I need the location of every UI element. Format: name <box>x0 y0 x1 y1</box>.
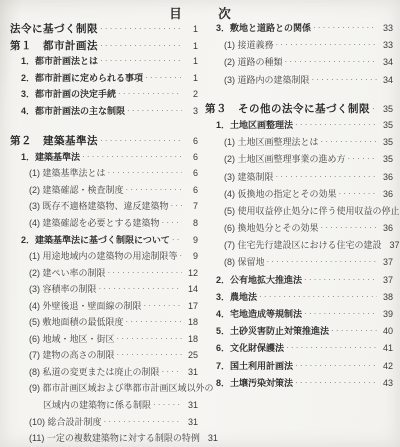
toc-entry-label: 3．敷地と道路との関係 <box>205 21 311 34</box>
toc-entry: (5) 敷地面積の最低限度18 <box>10 315 198 332</box>
dot-leader <box>321 137 377 146</box>
toc-page: 目 次 法令に基づく制限1第１ 都市計画法11．都市計画法とは12．都市計画に定… <box>0 0 400 447</box>
toc-entry-label: (6) 地域・地区・街区 <box>10 332 115 345</box>
toc-entry: (11) 一定の複数建築物に対する制限の特例31 <box>10 431 198 447</box>
dot-leader <box>100 136 182 145</box>
toc-page-number: 31 <box>184 417 198 427</box>
toc-entry: (4) 外壁後退・壁面線の制限17 <box>10 299 198 316</box>
toc-entry: (7) 住宅先行建設区における住宅の建設37 <box>205 238 393 255</box>
toc-entry: (8) 保留地37 <box>205 255 393 272</box>
dot-leader <box>339 189 377 198</box>
page-title: 目 次 <box>0 4 400 22</box>
toc-entry-label: (8) 私道の変更または廃止の制限 <box>10 365 160 378</box>
toc-entry-label: (3) 建築制限 <box>205 170 274 183</box>
dot-leader <box>304 275 377 284</box>
toc-entry: 1．建築基準法6 <box>10 150 198 167</box>
toc-page-number: 18 <box>184 317 198 327</box>
dot-leader <box>153 400 182 409</box>
toc-entry-label: (4) 建築確認を必要とする建築物 <box>10 216 160 229</box>
toc-page-number: 31 <box>184 367 198 377</box>
toc-page-number: 38 <box>379 292 393 302</box>
dot-leader <box>372 104 377 113</box>
dot-leader <box>162 367 182 376</box>
toc-entry-label: (1) 接道義務 <box>205 38 274 51</box>
toc-page-number: 36 <box>379 223 393 233</box>
toc-page-number: 18 <box>184 334 198 344</box>
toc-entry-label: 1．都市計画法とは <box>10 54 98 67</box>
toc-entry-label: (2) 建ぺい率の制限 <box>10 266 106 279</box>
toc-entry: 1．都市計画法とは1 <box>10 54 198 71</box>
toc-entry-label: 2．都市計画に定められる事項 <box>10 71 143 84</box>
toc-entry: 4．都市計画法の主な制限3 <box>10 104 198 121</box>
toc-entry-label: (4) 仮換地の指定とその効果 <box>205 187 337 200</box>
dot-leader <box>276 40 377 49</box>
toc-entry-label: 6．文化財保護法 <box>205 341 284 354</box>
toc-entry: 5．土砂災害防止対策推進法40 <box>205 324 393 341</box>
toc-entry-label: (7) 建物の高さの制限 <box>10 348 115 361</box>
toc-entry: (3) 建築制限36 <box>205 170 393 187</box>
toc-page-number: 35 <box>379 137 393 147</box>
toc-page-number: 41 <box>379 343 393 353</box>
toc-page-number: 43 <box>379 378 393 388</box>
toc-page-number: 14 <box>184 284 198 294</box>
dot-leader <box>348 154 377 163</box>
toc-entry: 第２ 建築基準法6 <box>10 133 198 150</box>
toc-entry: (2) 建ぺい率の制限12 <box>10 266 198 283</box>
toc-entry: (2) 土地区画整理事業の進め方35 <box>205 152 393 169</box>
toc-entry-label: 2．建築基準法に基づく制限について <box>10 233 170 246</box>
dot-leader <box>100 41 182 50</box>
dot-leader <box>126 317 182 326</box>
toc-page-number: 37 <box>379 275 393 285</box>
toc-page-number: 1 <box>184 24 198 34</box>
toc-entry-label: 1．建築基準法 <box>10 150 80 163</box>
dot-leader <box>267 257 377 266</box>
toc-entry-label: (4) 外壁後退・壁面線の制限 <box>10 299 142 312</box>
toc-entry: (3) 道路内の建築制限34 <box>205 73 393 90</box>
toc-entry: (5) 使用収益停止処分に伴う使用収益の停止36 <box>205 204 393 221</box>
toc-column-left: 法令に基づく制限1第１ 都市計画法11．都市計画法とは12．都市計画に定められる… <box>10 21 198 447</box>
toc-column-right: 3．敷地と道路との関係33(1) 接道義務33(2) 道路の種類34(3) 道路… <box>205 21 393 393</box>
toc-entry-label: 4．宅地造成等規制法 <box>205 307 302 320</box>
toc-entry: (4) 建築確認を必要とする建築物8 <box>10 216 198 233</box>
toc-page-number: 6 <box>184 168 198 178</box>
toc-entry-label: (2) 道路の種類 <box>205 55 283 68</box>
toc-page-number: 1 <box>184 73 198 83</box>
toc-page-number: 8 <box>184 218 198 228</box>
dot-leader <box>117 334 182 343</box>
dot-leader <box>145 73 182 82</box>
toc-page-number: 6 <box>184 185 198 195</box>
toc-entry-label: 第１ 都市計画法 <box>10 38 98 53</box>
toc-entry: (3) 容積率の制限14 <box>10 282 198 299</box>
toc-entry: (6) 地域・地区・街区18 <box>10 332 198 349</box>
dot-leader <box>304 309 377 318</box>
dot-leader <box>162 218 182 227</box>
toc-entry-label: (5) 使用収益停止処分に伴う使用収益の停止 <box>205 204 400 217</box>
dot-leader <box>321 223 377 232</box>
toc-entry: 1．土地区画整理法35 <box>205 118 393 135</box>
dot-leader <box>100 56 182 65</box>
toc-entry-label: 5．土砂災害防止対策推進法 <box>205 324 329 337</box>
toc-entry-label: 3．都市計画の決定手続 <box>10 87 116 100</box>
dot-leader <box>108 268 182 277</box>
toc-page-number: 35 <box>379 120 393 130</box>
toc-entry: 第３ その他の法令に基づく制限35 <box>205 101 393 118</box>
toc-page-number: 12 <box>184 268 198 278</box>
dot-leader <box>312 75 377 84</box>
dot-leader <box>171 201 182 210</box>
toc-entry: (3) 既存不適格建築物、違反建築物7 <box>10 199 198 216</box>
toc-page-number: 2 <box>184 89 198 99</box>
toc-page-number: 34 <box>379 75 393 85</box>
toc-entry-label: (1) 用途地域内の建築物の用途制限等 <box>10 249 178 262</box>
toc-entry-label: (11) 一定の複数建築物に対する制限の特例 <box>10 431 200 444</box>
dot-leader <box>117 350 182 359</box>
toc-entry: (1) 建築基準法とは6 <box>10 166 198 183</box>
toc-page-number: 40 <box>379 326 393 336</box>
toc-entry-label: 4．都市計画法の主な制限 <box>10 104 125 117</box>
toc-entry-label: (10) 総合設計制度 <box>10 415 102 428</box>
toc-page-number: 17 <box>184 301 198 311</box>
dot-leader <box>295 120 377 129</box>
toc-page-number: 9 <box>184 235 198 245</box>
toc-entry-label: (2) 建築確認・検査制度 <box>10 183 124 196</box>
dot-leader <box>144 301 182 310</box>
toc-entry-label: (6) 換地処分とその効果 <box>205 221 319 234</box>
toc-page-number: 39 <box>379 309 393 319</box>
toc-page-number: 35 <box>379 104 393 114</box>
dot-leader <box>82 152 182 161</box>
toc-entry-label: (3) 道路内の建築制限 <box>205 73 310 86</box>
dot-leader <box>104 417 182 426</box>
toc-page-number: 1 <box>184 41 198 51</box>
toc-entry: (6) 換地処分とその効果36 <box>205 221 393 238</box>
dot-leader <box>180 251 182 260</box>
toc-entry-label: 第２ 建築基準法 <box>10 133 98 148</box>
toc-entry: (2) 道路の種類34 <box>205 55 393 72</box>
toc-page-number: 31 <box>204 433 218 443</box>
dot-leader <box>295 361 377 370</box>
toc-entry: 8．土壌汚染対策法43 <box>205 376 393 393</box>
toc-entry: 7．国土利用計画法42 <box>205 359 393 376</box>
toc-entry-label: (3) 容積率の制限 <box>10 282 97 295</box>
toc-entry-label: 8．土壌汚染対策法 <box>205 376 293 389</box>
toc-entry: 3．敷地と道路との関係33 <box>205 21 393 38</box>
dot-leader <box>108 168 182 177</box>
toc-entry: (1) 用途地域内の建築物の用途制限等9 <box>10 249 198 266</box>
dot-leader <box>331 326 377 335</box>
toc-entry: (4) 仮換地の指定とその効果36 <box>205 187 393 204</box>
toc-entry: (9) 都市計画区域および準都市計画区域以外の <box>10 381 198 398</box>
toc-page-number: 36 <box>379 189 393 199</box>
toc-entry-label: 法令に基づく制限 <box>10 21 98 36</box>
toc-entry-label: 7．国土利用計画法 <box>205 359 293 372</box>
dot-leader <box>285 57 377 66</box>
toc-entry-label: (7) 住宅先行建設区における住宅の建設 <box>205 238 382 251</box>
dot-leader <box>126 185 182 194</box>
toc-entry-label: 3．農地法 <box>205 290 257 303</box>
toc-entry: (10) 総合設計制度31 <box>10 415 198 432</box>
dot-leader <box>259 292 377 301</box>
toc-entry: 2．都市計画に定められる事項1 <box>10 71 198 88</box>
dot-leader <box>127 106 182 115</box>
toc-page-number: 3 <box>184 106 198 116</box>
toc-entry: (7) 建物の高さの制限25 <box>10 348 198 365</box>
toc-entry-label: 区域内の建築物に係る制限 <box>10 398 151 411</box>
dot-leader <box>100 24 182 33</box>
toc-entry: 4．宅地造成等規制法39 <box>205 307 393 324</box>
toc-entry: (8) 私道の変更または廃止の制限31 <box>10 365 198 382</box>
dot-leader <box>118 89 182 98</box>
toc-page-number: 7 <box>184 201 198 211</box>
toc-entry-label: (3) 既存不適格建築物、違反建築物 <box>10 199 169 212</box>
dot-leader <box>313 23 377 32</box>
dot-leader <box>99 284 182 293</box>
toc-entry-label: (2) 土地区画整理事業の進め方 <box>205 152 346 165</box>
toc-entry: (1) 土地区画整理法とは35 <box>205 135 393 152</box>
toc-page-number: 6 <box>184 136 198 146</box>
toc-page-number: 1 <box>184 56 198 66</box>
toc-page-number: 9 <box>184 251 198 261</box>
toc-entry: 3．農地法38 <box>205 290 393 307</box>
toc-entry: 2．公有地拡大推進法37 <box>205 273 393 290</box>
toc-page-number: 36 <box>379 172 393 182</box>
toc-entry: 2．建築基準法に基づく制限について9 <box>10 233 198 250</box>
toc-entry-label: (9) 都市計画区域および準都市計画区域以外の <box>10 381 214 394</box>
toc-page-number: 31 <box>184 400 198 410</box>
toc-page-number: 33 <box>379 23 393 33</box>
toc-page-number: 25 <box>184 350 198 360</box>
toc-page-number: 34 <box>379 57 393 67</box>
toc-entry-label: 1．土地区画整理法 <box>205 118 293 131</box>
dot-leader <box>276 172 377 181</box>
toc-page-number: 42 <box>379 361 393 371</box>
toc-entry: 6．文化財保護法41 <box>205 341 393 358</box>
toc-entry: 法令に基づく制限1 <box>10 21 198 38</box>
dot-leader <box>295 378 377 387</box>
toc-entry: (1) 接道義務33 <box>205 38 393 55</box>
toc-entry-label: (8) 保留地 <box>205 255 265 268</box>
toc-entry: 第１ 都市計画法1 <box>10 38 198 55</box>
toc-entry-label: (5) 敷地面積の最低限度 <box>10 315 124 328</box>
toc-page-number: 37 <box>386 240 400 250</box>
toc-page-number: 35 <box>379 154 393 164</box>
toc-entry-label: (1) 建築基準法とは <box>10 166 106 179</box>
toc-entry-label: (1) 土地区画整理法とは <box>205 135 319 148</box>
toc-entry: 区域内の建築物に係る制限31 <box>10 398 198 415</box>
dot-leader <box>286 343 377 352</box>
toc-entry-label: 第３ その他の法令に基づく制限 <box>205 101 370 116</box>
toc-entry-label: 2．公有地拡大推進法 <box>205 273 302 286</box>
toc-page-number: 6 <box>184 152 198 162</box>
toc-entry: 3．都市計画の決定手続2 <box>10 87 198 104</box>
toc-entry: (2) 建築確認・検査制度6 <box>10 183 198 200</box>
toc-page-number: 33 <box>379 40 393 50</box>
toc-page-number: 37 <box>379 257 393 267</box>
dot-leader <box>172 235 182 244</box>
